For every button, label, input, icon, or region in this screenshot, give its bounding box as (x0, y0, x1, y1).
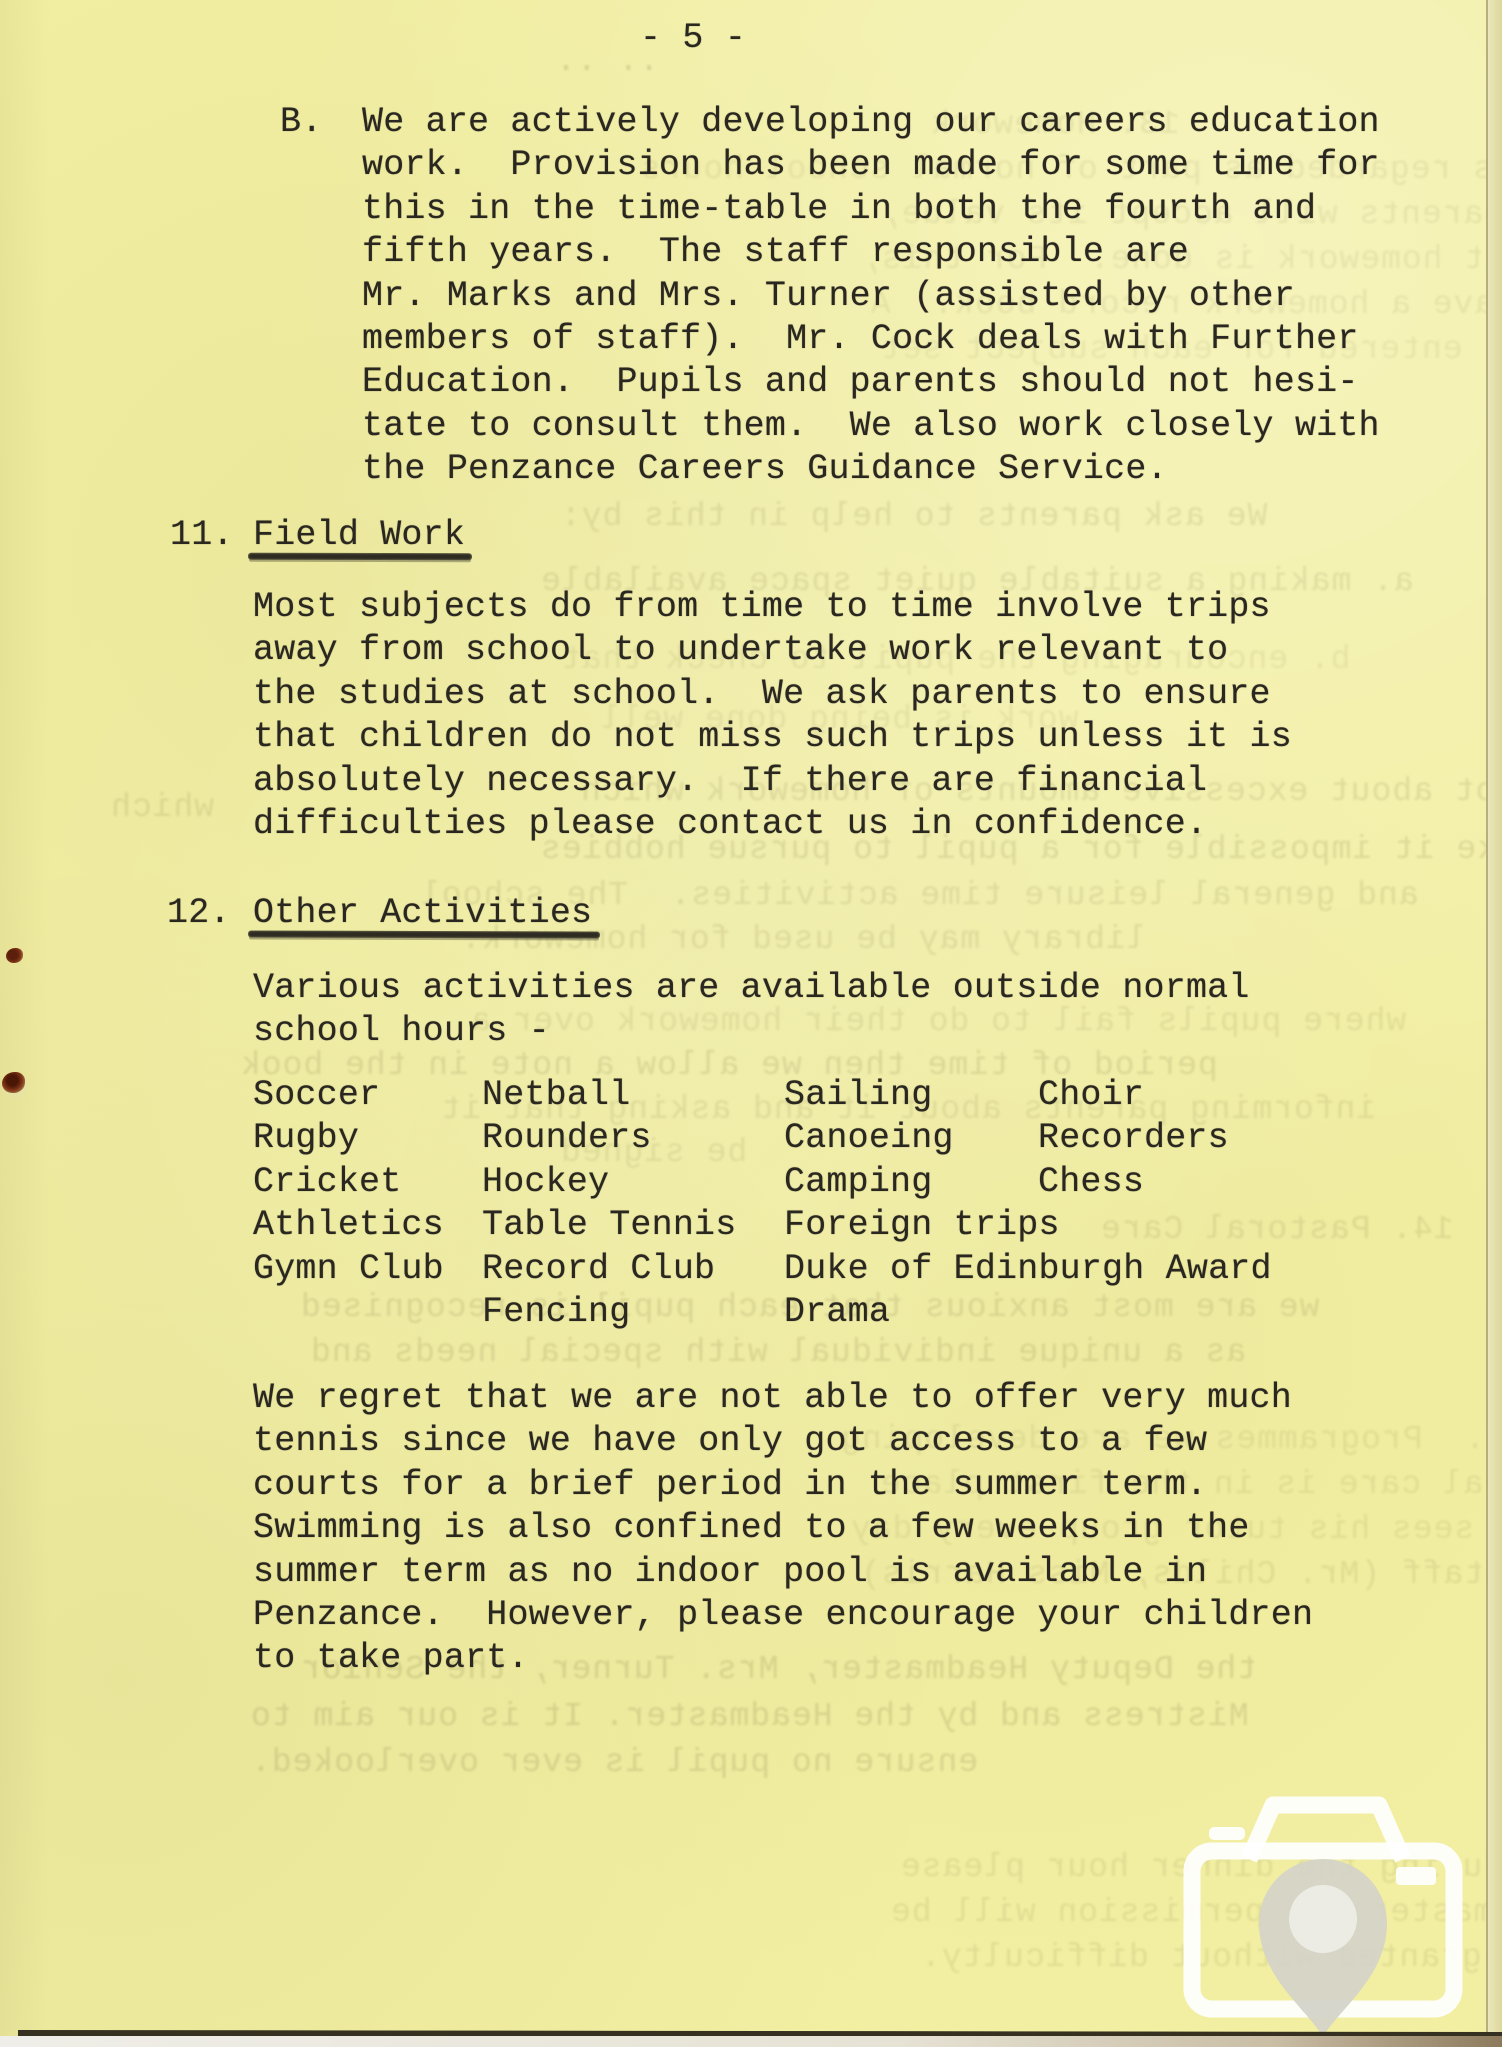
section-12-intro-paragraph: Various activities are available outside… (253, 967, 1250, 1054)
scan-background-right (1488, 0, 1502, 2047)
section-12-heading: Other Activities (253, 892, 592, 935)
section-11-heading-underline (248, 553, 472, 561)
bleed-through-line: which (110, 788, 214, 828)
camera-flash-shape (1396, 1867, 1436, 1885)
bleed-through-line: We ask parents to help in this by: (560, 497, 1267, 537)
section-11-heading: Field Work (253, 514, 465, 557)
section-12-closing-paragraph: We regret that we are not able to offer … (253, 1377, 1313, 1681)
camera-location-pin-icon (1183, 1793, 1465, 2041)
activities-column-4: Choir Recorders Chess (1038, 1074, 1229, 1204)
bleed-through-line: as a unique individual with special need… (310, 1333, 1246, 1373)
scanned-document-page: .. ..13. Homeworkhomework is regarded as… (0, 0, 1502, 2047)
bleed-through-line: ensure no pupil is ever overlooked. (250, 1743, 978, 1783)
scan-background-bottom (0, 2036, 1502, 2047)
bleed-through-line: Mistress and by the Headmaster. It is ou… (250, 1697, 1249, 1737)
page-number: - 5 - (640, 17, 746, 60)
activities-column-2: Netball Rounders Hockey Table Tennis Rec… (482, 1074, 736, 1334)
section-b-label: B. (280, 101, 322, 144)
activities-column-1: Soccer Rugby Cricket Athletics Gymn Club (253, 1074, 444, 1291)
section-12-heading-underline (248, 931, 600, 939)
section-11-paragraph: Most subjects do from time to time invol… (253, 586, 1292, 846)
section-12-number: 12. (167, 892, 231, 935)
pin-hole-shape (1289, 1885, 1357, 1953)
rust-mark (2, 1072, 25, 1093)
camera-button-shape (1209, 1827, 1245, 1840)
section-11-number: 11. (170, 514, 234, 557)
section-b-paragraph: We are actively developing our careers e… (362, 101, 1380, 492)
rust-mark (6, 948, 23, 963)
